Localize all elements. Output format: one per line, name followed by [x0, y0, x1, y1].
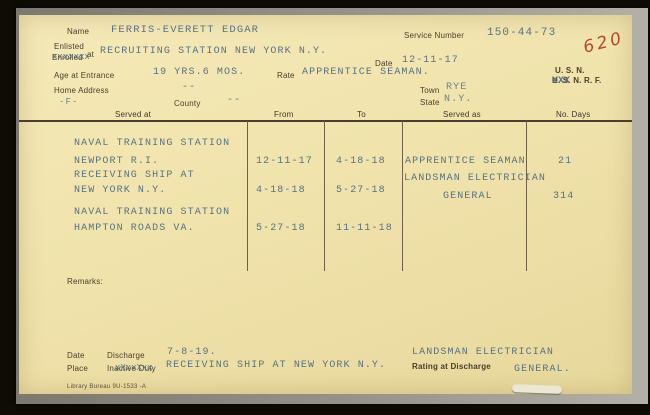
cell-from: 4-18-18 [256, 185, 306, 196]
county-value: -- [227, 95, 241, 106]
service-number-value: 150-44-73 [487, 27, 556, 39]
col-header-served-as: Served as [443, 110, 481, 119]
handwritten-folio-number: 620 [581, 28, 626, 57]
column-divider-2 [324, 121, 325, 271]
cell-served-at: NEW YORK N.Y. [74, 185, 166, 196]
rate-value: APPRENTICE SEAMAN. [302, 67, 430, 78]
rate-label: Rate [277, 71, 295, 80]
rating-at-discharge-value-line1: LANDSMAN ELECTRICIAN [412, 347, 554, 358]
cell-served-at: RECEIVING SHIP AT [74, 170, 195, 181]
rating-at-discharge-label: Rating at Discharge [412, 362, 491, 371]
column-divider-3 [402, 121, 403, 271]
remarks-label: Remarks: [67, 277, 103, 286]
enlisted-label: Enlisted [54, 42, 84, 51]
age-at-entrance-label: Age at Entrance [54, 71, 114, 80]
discharge-date-value: 7-8-19. [167, 347, 217, 358]
cell-served-at: HAMPTON ROADS VA. [74, 223, 195, 234]
col-header-from: From [274, 110, 293, 119]
town-label: Town [420, 86, 439, 95]
state-value: N.Y. [444, 94, 472, 105]
cell-no-days: 314 [553, 191, 574, 202]
col-header-no-days: No. Days [556, 110, 591, 119]
form-number: Library Bureau 9U-1533 -A [67, 384, 146, 390]
inactive-duty-label-struck: Inactive DutyxXxxXxx [107, 364, 156, 373]
discharge-place-value: RECEIVING SHIP AT NEW YORK N.Y. [166, 360, 386, 371]
cell-no-days: 21 [558, 156, 572, 167]
enlisted-at-label: at [87, 50, 94, 59]
home-address-label: Home Address [54, 86, 109, 95]
cell-served-as: GENERAL [443, 191, 493, 202]
card-sleeve: Name FERRIS-EVERETT EDGAR Service Number… [16, 8, 648, 404]
enrolled-label-struck: Enrolledxxxxxxx [52, 53, 83, 62]
name-value: FERRIS-EVERETT EDGAR [111, 24, 259, 36]
discharge-label: Discharge [107, 351, 145, 360]
cell-to: 11-11-18 [336, 223, 393, 234]
cell-served-at: NEWPORT R.I. [74, 156, 159, 167]
enrolled-strikeout: xxxxxxx [52, 52, 90, 62]
place-label: Place [67, 364, 88, 373]
state-label: State [420, 98, 440, 107]
name-label: Name [67, 27, 89, 36]
sleeve-bottom-tab [512, 384, 562, 394]
usnrf-strikeout: XXX [552, 76, 570, 87]
age-value: 19 YRS.6 MOS. [153, 67, 245, 78]
usn-label: U. S. N. [555, 66, 585, 75]
column-divider-1 [247, 121, 248, 271]
cell-from: 5-27-18 [256, 223, 306, 234]
county-label: County [174, 99, 201, 108]
usnrf-label-struck: U. S. N. R. F.XXX [552, 76, 601, 85]
cell-from: 12-11-17 [256, 156, 313, 167]
table-header-rule [19, 120, 632, 122]
town-value: RYE [446, 82, 467, 93]
cell-served-as: LANDSMAN ELECTRICIAN [404, 173, 546, 184]
column-divider-4 [526, 121, 527, 271]
cell-served-at: NAVAL TRAINING STATION [74, 207, 230, 218]
inactive-duty-strikeout: xXxxXxx [115, 363, 153, 373]
cell-served-at: NAVAL TRAINING STATION [74, 138, 230, 149]
service-record-card: Name FERRIS-EVERETT EDGAR Service Number… [19, 15, 632, 394]
rating-at-discharge-value-line2: GENERAL. [514, 364, 571, 375]
enlist-date-value: 12-11-17 [402, 55, 459, 66]
cell-to: 4-18-18 [336, 156, 386, 167]
service-number-label: Service Number [404, 31, 464, 40]
col-header-to: To [357, 110, 366, 119]
enlisted-place-value: RECRUITING STATION NEW YORK N.Y. [100, 46, 327, 57]
cell-served-as: APPRENTICE SEAMAN [405, 156, 526, 167]
discharge-date-label: Date [67, 351, 85, 360]
file-letter: -F- [59, 97, 79, 107]
col-header-served-at: Served at [115, 110, 151, 119]
home-address-value: -- [182, 82, 196, 93]
cell-to: 5-27-18 [336, 185, 386, 196]
